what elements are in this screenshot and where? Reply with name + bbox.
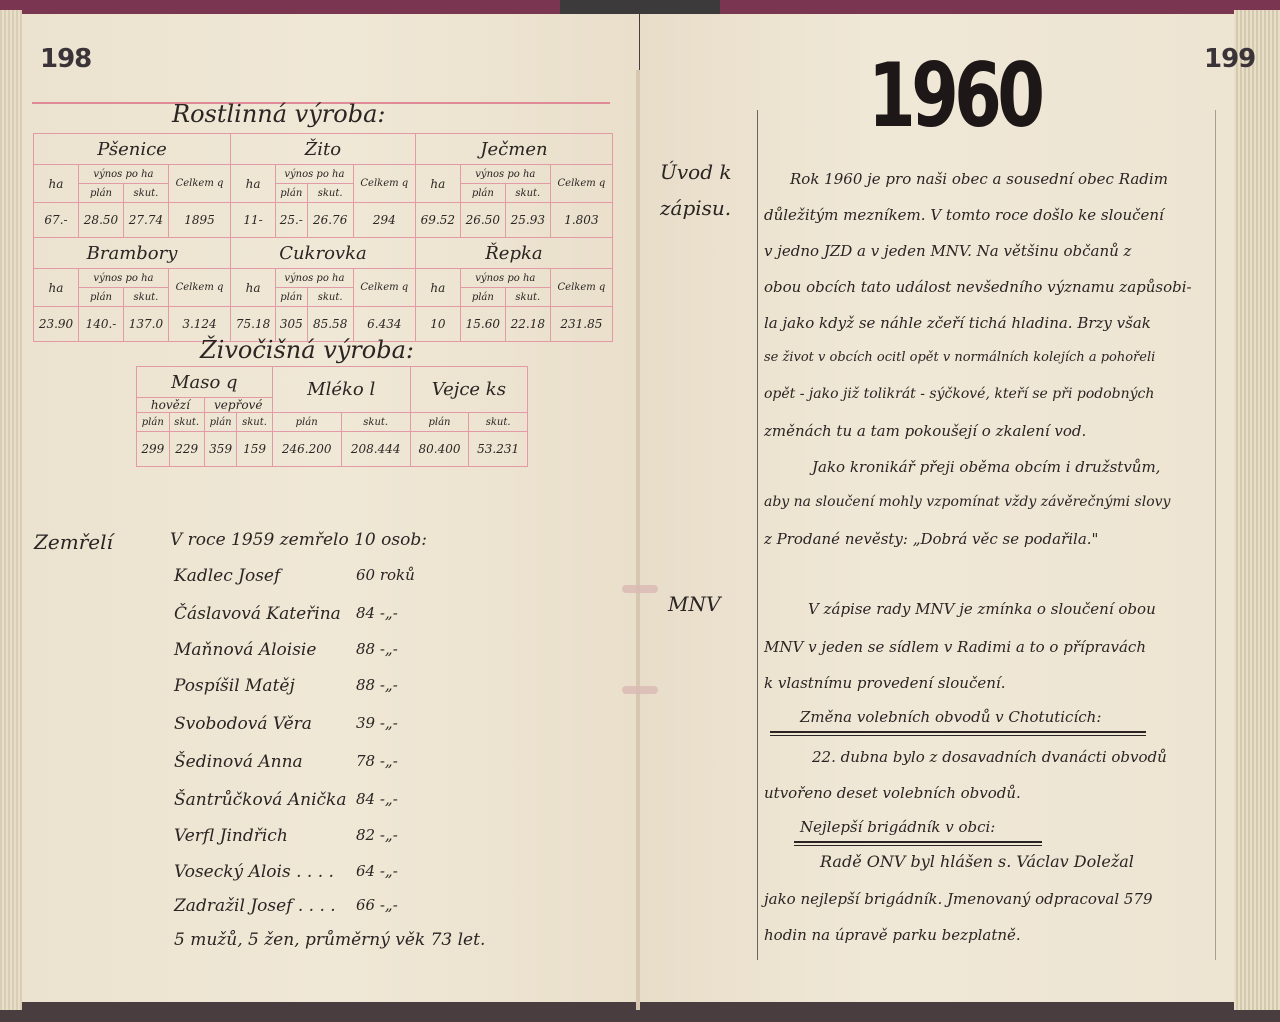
mnv-margin-label: MNV xyxy=(668,592,720,616)
person-name: Verfl Jindřich xyxy=(174,826,288,846)
cell: 67.- xyxy=(34,203,79,238)
table-row: 67.- 28.50 27.74 1895 11- 25.- 26.76 294… xyxy=(34,203,613,238)
cell: 359 xyxy=(204,432,237,467)
best-volunteer-heading: Nejlepší brigádník v obci: xyxy=(800,818,995,836)
col-total: Celkem q xyxy=(168,269,230,307)
animal-production-table: Maso q Mléko l Vejce ks hovězí vepřové p… xyxy=(136,366,528,467)
person-age: 88 -„- xyxy=(356,676,398,694)
col-actual: skut. xyxy=(505,184,550,203)
person-age: 66 -„- xyxy=(356,896,398,914)
person-age: 84 -„- xyxy=(356,790,398,808)
cell: 27.74 xyxy=(123,203,168,238)
col-yield: výnos po ha xyxy=(78,269,168,288)
cell: 1895 xyxy=(168,203,230,238)
person-name: Šedinová Anna xyxy=(174,752,303,772)
cell: 294 xyxy=(353,203,415,238)
heading-underline xyxy=(770,731,1146,733)
crop-name: Řepka xyxy=(415,238,612,269)
cell: 10 xyxy=(415,307,460,342)
col-total: Celkem q xyxy=(353,269,415,307)
col-yield: výnos po ha xyxy=(276,269,354,288)
col-total: Celkem q xyxy=(550,165,612,203)
person-name: Šantrůčková Anička xyxy=(174,790,346,810)
person-name: Vosecký Alois . . . . xyxy=(174,862,334,882)
plant-production-table-1: Pšenice Žito Ječmen ha výnos po ha Celke… xyxy=(33,133,613,342)
text-line: opět - jako již tolikrát - sýčkové, kteř… xyxy=(764,386,1154,402)
text-line: Jako kronikář přeji oběma obcím i družst… xyxy=(812,458,1160,476)
animal-production-heading: Živočišná výroba: xyxy=(200,336,414,364)
cell: 28.50 xyxy=(78,203,123,238)
heading-underline xyxy=(794,845,1042,846)
col-actual: skut. xyxy=(505,288,550,307)
col-yield: výnos po ha xyxy=(460,165,550,184)
cell: 15.60 xyxy=(460,307,505,342)
electoral-districts-heading: Změna volebních obvodů v Chotuticích: xyxy=(800,708,1101,726)
col-plan: plán xyxy=(78,288,123,307)
cell: 25.- xyxy=(276,203,308,238)
cell: 229 xyxy=(169,432,204,467)
col-actual: skut. xyxy=(469,413,528,432)
cell: 11- xyxy=(231,203,276,238)
text-line: Rok 1960 je pro naši obec a sousední obe… xyxy=(790,170,1168,188)
cell: 53.231 xyxy=(469,432,528,467)
col-actual: skut. xyxy=(237,413,272,432)
cell: 25.93 xyxy=(505,203,550,238)
cell: 140.- xyxy=(78,307,123,342)
person-name: Čáslavová Kateřina xyxy=(174,604,341,624)
margin-rule-right xyxy=(1215,110,1216,960)
cell: 23.90 xyxy=(34,307,79,342)
page-number-right: 199 xyxy=(1204,44,1255,74)
year-heading: 1960 xyxy=(868,44,1040,147)
beef-header: hovězí xyxy=(137,398,205,413)
col-ha: ha xyxy=(231,269,276,307)
person-name: Kadlec Josef xyxy=(174,566,280,586)
page-edges-right xyxy=(1234,10,1280,1010)
col-actual: skut. xyxy=(341,413,410,432)
cell: 1.803 xyxy=(550,203,612,238)
col-ha: ha xyxy=(415,269,460,307)
person-name: Zadražil Josef . . . . xyxy=(174,896,336,916)
heading-underline xyxy=(770,735,1146,736)
col-total: Celkem q xyxy=(168,165,230,203)
page-number-left: 198 xyxy=(40,44,91,74)
cell: 80.400 xyxy=(410,432,469,467)
page-edges-left xyxy=(0,10,22,1010)
col-ha: ha xyxy=(415,165,460,203)
text-line: z Prodané nevěsty: „Dobrá věc se podařil… xyxy=(764,530,1098,548)
text-line: aby na sloučení mohly vzpomínat vždy záv… xyxy=(764,494,1170,510)
col-ha: ha xyxy=(34,165,79,203)
milk-header: Mléko l xyxy=(272,367,410,413)
cell: 159 xyxy=(237,432,272,467)
person-name: Pospíšil Matěj xyxy=(174,676,295,696)
cell: 208.444 xyxy=(341,432,410,467)
col-plan: plán xyxy=(204,413,237,432)
margin-rule xyxy=(757,110,758,960)
cell: 22.18 xyxy=(505,307,550,342)
person-age: 84 -„- xyxy=(356,604,398,622)
pork-header: vepřové xyxy=(204,398,272,413)
crop-name: Cukrovka xyxy=(231,238,416,269)
plant-production-heading: Rostlinná výroba: xyxy=(172,100,385,128)
text-line: MNV v jeden se sídlem v Radimi a to o př… xyxy=(764,638,1146,656)
col-plan: plán xyxy=(272,413,341,432)
intro-margin-label: Úvod k xyxy=(660,160,731,184)
col-total: Celkem q xyxy=(353,165,415,203)
text-line: V zápise rady MNV je zmínka o sloučení o… xyxy=(808,600,1156,618)
binding-stitch xyxy=(622,686,658,694)
heading-underline xyxy=(794,841,1042,843)
deaths-intro: V roce 1959 zemřelo 10 osob: xyxy=(170,530,427,550)
table-row: 299 229 359 159 246.200 208.444 80.400 5… xyxy=(137,432,528,467)
person-age: 78 -„- xyxy=(356,752,398,770)
meat-header: Maso q xyxy=(137,367,273,398)
text-line: jako nejlepší brigádník. Jmenovaný odpra… xyxy=(764,890,1153,908)
cell: 246.200 xyxy=(272,432,341,467)
crop-name: Ječmen xyxy=(415,134,612,165)
person-name: Svobodová Věra xyxy=(174,714,312,734)
col-ha: ha xyxy=(34,269,79,307)
cell: 69.52 xyxy=(415,203,460,238)
cell: 26.76 xyxy=(307,203,353,238)
text-line: 22. dubna bylo z dosavadních dvanácti ob… xyxy=(812,748,1167,766)
cell: 231.85 xyxy=(550,307,612,342)
text-line: hodin na úpravě parku bezplatně. xyxy=(764,926,1021,944)
cell: 26.50 xyxy=(460,203,505,238)
crop-name: Pšenice xyxy=(34,134,231,165)
deaths-summary: 5 mužů, 5 žen, průměrný věk 73 let. xyxy=(174,930,485,950)
person-name: Maňnová Aloisie xyxy=(174,640,316,660)
col-actual: skut. xyxy=(123,288,168,307)
col-yield: výnos po ha xyxy=(276,165,354,184)
cell: 299 xyxy=(137,432,170,467)
intro-margin-label: zápisu. xyxy=(660,196,731,220)
col-plan: plán xyxy=(137,413,170,432)
text-line: v jedno JZD a v jeden MNV. Na většinu ob… xyxy=(764,242,1131,260)
deaths-margin-label: Zemřelí xyxy=(34,530,113,554)
person-age: 39 -„- xyxy=(356,714,398,732)
col-yield: výnos po ha xyxy=(460,269,550,288)
crop-name: Brambory xyxy=(34,238,231,269)
eggs-header: Vejce ks xyxy=(410,367,527,413)
person-age: 82 -„- xyxy=(356,826,398,844)
text-line: k vlastnímu provedení sloučení. xyxy=(764,674,1005,692)
person-age: 60 roků xyxy=(356,566,415,584)
col-plan: plán xyxy=(276,184,308,203)
col-plan: plán xyxy=(410,413,469,432)
cell: 137.0 xyxy=(123,307,168,342)
col-plan: plán xyxy=(460,288,505,307)
col-total: Celkem q xyxy=(550,269,612,307)
col-actual: skut. xyxy=(123,184,168,203)
text-line: obou obcích tato událost nevšedního význ… xyxy=(764,278,1192,296)
col-actual: skut. xyxy=(307,288,353,307)
text-line: utvořeno deset volebních obvodů. xyxy=(764,784,1021,802)
col-plan: plán xyxy=(78,184,123,203)
col-actual: skut. xyxy=(307,184,353,203)
crop-name: Žito xyxy=(231,134,416,165)
binding-stitch xyxy=(622,585,658,593)
person-age: 88 -„- xyxy=(356,640,398,658)
text-line: Radě ONV byl hlášen s. Václav Doležal xyxy=(820,852,1134,871)
col-plan: plán xyxy=(460,184,505,203)
text-line: la jako když se náhle zčeří tichá hladin… xyxy=(764,314,1151,332)
text-line: důležitým mezníkem. V tomto roce došlo k… xyxy=(764,206,1164,224)
col-actual: skut. xyxy=(169,413,204,432)
book-gutter xyxy=(636,70,640,1010)
col-ha: ha xyxy=(231,165,276,203)
col-plan: plán xyxy=(276,288,308,307)
text-line: změnách tu a tam pokoušejí o zkalení vod… xyxy=(764,422,1086,440)
text-line: se život v obcích ocitl opět v normálníc… xyxy=(764,350,1155,365)
person-age: 64 -„- xyxy=(356,862,398,880)
col-yield: výnos po ha xyxy=(78,165,168,184)
